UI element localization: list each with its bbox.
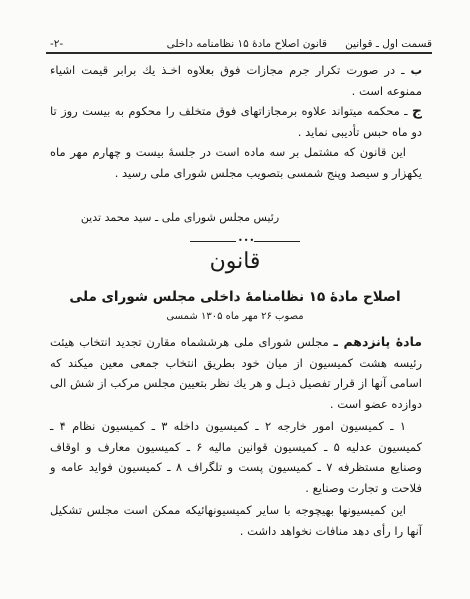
header-section: قسمت اول ـ قوانین <box>345 36 432 52</box>
clause-b-label: ب <box>410 63 422 77</box>
clause-c: ج ـ محکمه میتواند علاوه برمجازاتهای فوق … <box>50 101 422 142</box>
law-heading: قانون <box>0 248 470 276</box>
new-law-body: مادهٔ پانزدهم ـ مجلس شورای ملی هرششماه م… <box>50 332 422 541</box>
approval-date: مصوب ۲۶ مهر ماه ۱۳۰۵ شمسی <box>0 310 470 324</box>
header-rule <box>46 52 432 54</box>
divider-ornament: ••• <box>238 236 255 245</box>
article-fifteen: مادهٔ پانزدهم ـ مجلس شورای ملی هرششماه م… <box>50 332 422 414</box>
signature-line: رئیس مجلس شورای ملی ـ سید محمد تدین <box>70 210 290 226</box>
clause-c-text: ـ محکمه میتواند علاوه برمجازاتهای فوق مت… <box>50 104 422 139</box>
clause-b: ب ـ در صورت تکرار جرم مجازات فوق بعلاوه … <box>50 60 422 101</box>
divider-line-right <box>254 241 300 242</box>
clause-b-text: ـ در صورت تکرار جرم مجازات فوق بعلاوه اخ… <box>50 63 422 98</box>
article-label: مادهٔ پانزدهم ـ <box>334 334 422 349</box>
amendment-title: اصلاح مادهٔ ۱۵ نظامنامهٔ داخلی مجلس شورا… <box>0 288 470 306</box>
running-header: قسمت اول ـ قوانین قانون اصلاح مادهٔ ۱۵ ن… <box>46 36 432 52</box>
divider-line-left <box>190 241 236 242</box>
clause-c-label: ج <box>412 103 422 119</box>
page-number: -۲- <box>50 36 63 52</box>
commissions-list: ۱ ـ کمیسیون امور خارجه ۲ ـ کمیسیون داخله… <box>50 416 422 498</box>
enactment-paragraph: این قانون که مشتمل بر سه ماده است در جلس… <box>50 142 422 183</box>
document-page: قسمت اول ـ قوانین قانون اصلاح مادهٔ ۱۵ ن… <box>0 0 470 599</box>
ornamental-divider: ••• <box>190 238 300 246</box>
header-title: قانون اصلاح مادهٔ ۱۵ نظامنامه داخلی <box>167 36 327 52</box>
closing-paragraph: این کمیسیونها بهیچوجه با سایر کمیسیونهائ… <box>50 500 422 541</box>
previous-law-clauses: ب ـ در صورت تکرار جرم مجازات فوق بعلاوه … <box>50 60 422 183</box>
